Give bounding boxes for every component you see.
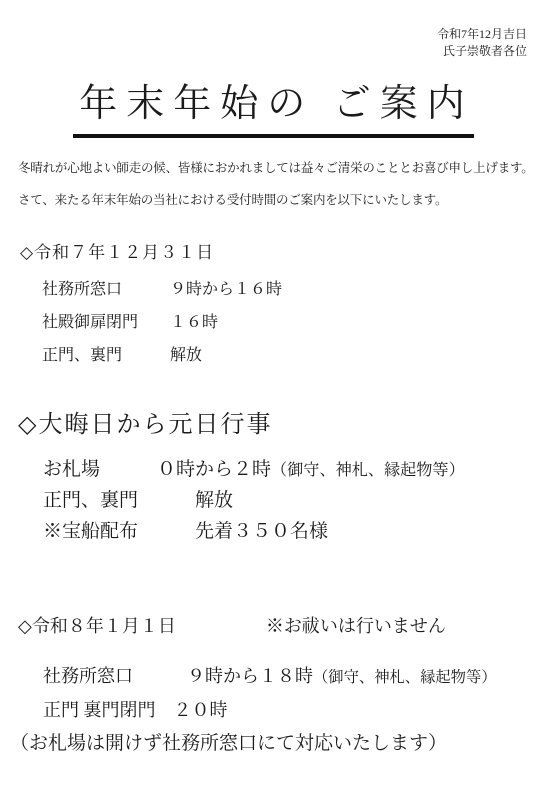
schedule-text: 正門 裏門閉門 ２０時	[43, 700, 228, 720]
schedule-line: 正門、裏門 解放	[42, 339, 282, 372]
section-new-years-eve: ◇大晦日から元日行事 お札場 ０時から２時（御守、神札、縁起物等） 正門、裏門 …	[18, 408, 465, 548]
section-new-years-eve-items: お札場 ０時から２時（御守、神札、縁起物等） 正門、裏門 解放 ※宝船配布 先着…	[43, 455, 465, 548]
schedule-line: 社務所窓口 ９時から１６時	[42, 273, 282, 306]
section-jan-1-note: （お札場は開けず社務所窓口にて対応いたします）	[10, 729, 497, 759]
schedule-line: 社務所窓口 ９時から１８時（御守、神札、縁起物等）	[43, 660, 497, 694]
schedule-line: ※宝船配布 先着３５０名様	[43, 517, 465, 548]
schedule-text: 正門、裏門 解放	[43, 490, 233, 511]
document-page: 令和7年12月吉日 氏子崇敬者各位 年末年始の ご案内 冬晴れが心地よい師走の候…	[0, 0, 547, 785]
header-date: 令和7年12月吉日	[437, 26, 527, 43]
section-jan-1: ◇令和８年１月１日 ※お祓いは行いません 社務所窓口 ９時から１８時（御守、神札…	[18, 613, 497, 759]
section-dec-31-items: 社務所窓口 ９時から１６時 社殿御扉閉門 １６時 正門、裏門 解放	[42, 273, 282, 372]
intro-line-1: 冬晴れが心地よい師走の候、皆様におかれましては益々ご清栄のこととお喜び申し上げま…	[18, 152, 534, 184]
schedule-text: ※宝船配布 先着３５０名様	[43, 521, 328, 542]
schedule-line: お札場 ０時から２時（御守、神札、縁起物等）	[43, 455, 465, 486]
title-wrap: 年末年始の ご案内	[0, 72, 547, 138]
section-jan-1-heading: ◇令和８年１月１日 ※お祓いは行いません	[18, 613, 497, 640]
intro-line-2: さて、来たる年末年始の当社における受付時間のご案内を以下にいたします。	[18, 184, 534, 216]
schedule-text: お札場 ０時から２時	[43, 459, 271, 480]
header-addressee: 氏子崇敬者各位	[437, 43, 527, 60]
schedule-text: 社務所窓口 ９時から１８時	[43, 666, 313, 686]
schedule-line: 社殿御扉閉門 １６時	[42, 306, 282, 339]
schedule-text: 社務所窓口 ９時から１６時	[42, 281, 282, 298]
schedule-paren: （御守、神札、縁起物等）	[271, 462, 465, 479]
section-jan-1-items: 社務所窓口 ９時から１８時（御守、神札、縁起物等） 正門 裏門閉門 ２０時	[43, 660, 497, 728]
schedule-line: 正門 裏門閉門 ２０時	[43, 694, 497, 728]
schedule-text: 正門、裏門 解放	[42, 347, 202, 364]
page-title: 年末年始の ご案内	[73, 72, 474, 138]
intro-paragraph: 冬晴れが心地よい師走の候、皆様におかれましては益々ご清栄のこととお喜び申し上げま…	[18, 152, 534, 216]
section-dec-31: ◇令和７年１２月３１日 社務所窓口 ９時から１６時 社殿御扉閉門 １６時 正門、…	[20, 240, 282, 372]
section-new-years-eve-heading: ◇大晦日から元日行事	[18, 408, 465, 443]
schedule-text: 社殿御扉閉門 １６時	[42, 314, 218, 331]
header-block: 令和7年12月吉日 氏子崇敬者各位	[437, 26, 527, 60]
schedule-paren: （御守、神札、縁起物等）	[313, 669, 497, 686]
schedule-line: 正門、裏門 解放	[43, 486, 465, 517]
section-dec-31-heading: ◇令和７年１２月３１日	[20, 240, 282, 266]
